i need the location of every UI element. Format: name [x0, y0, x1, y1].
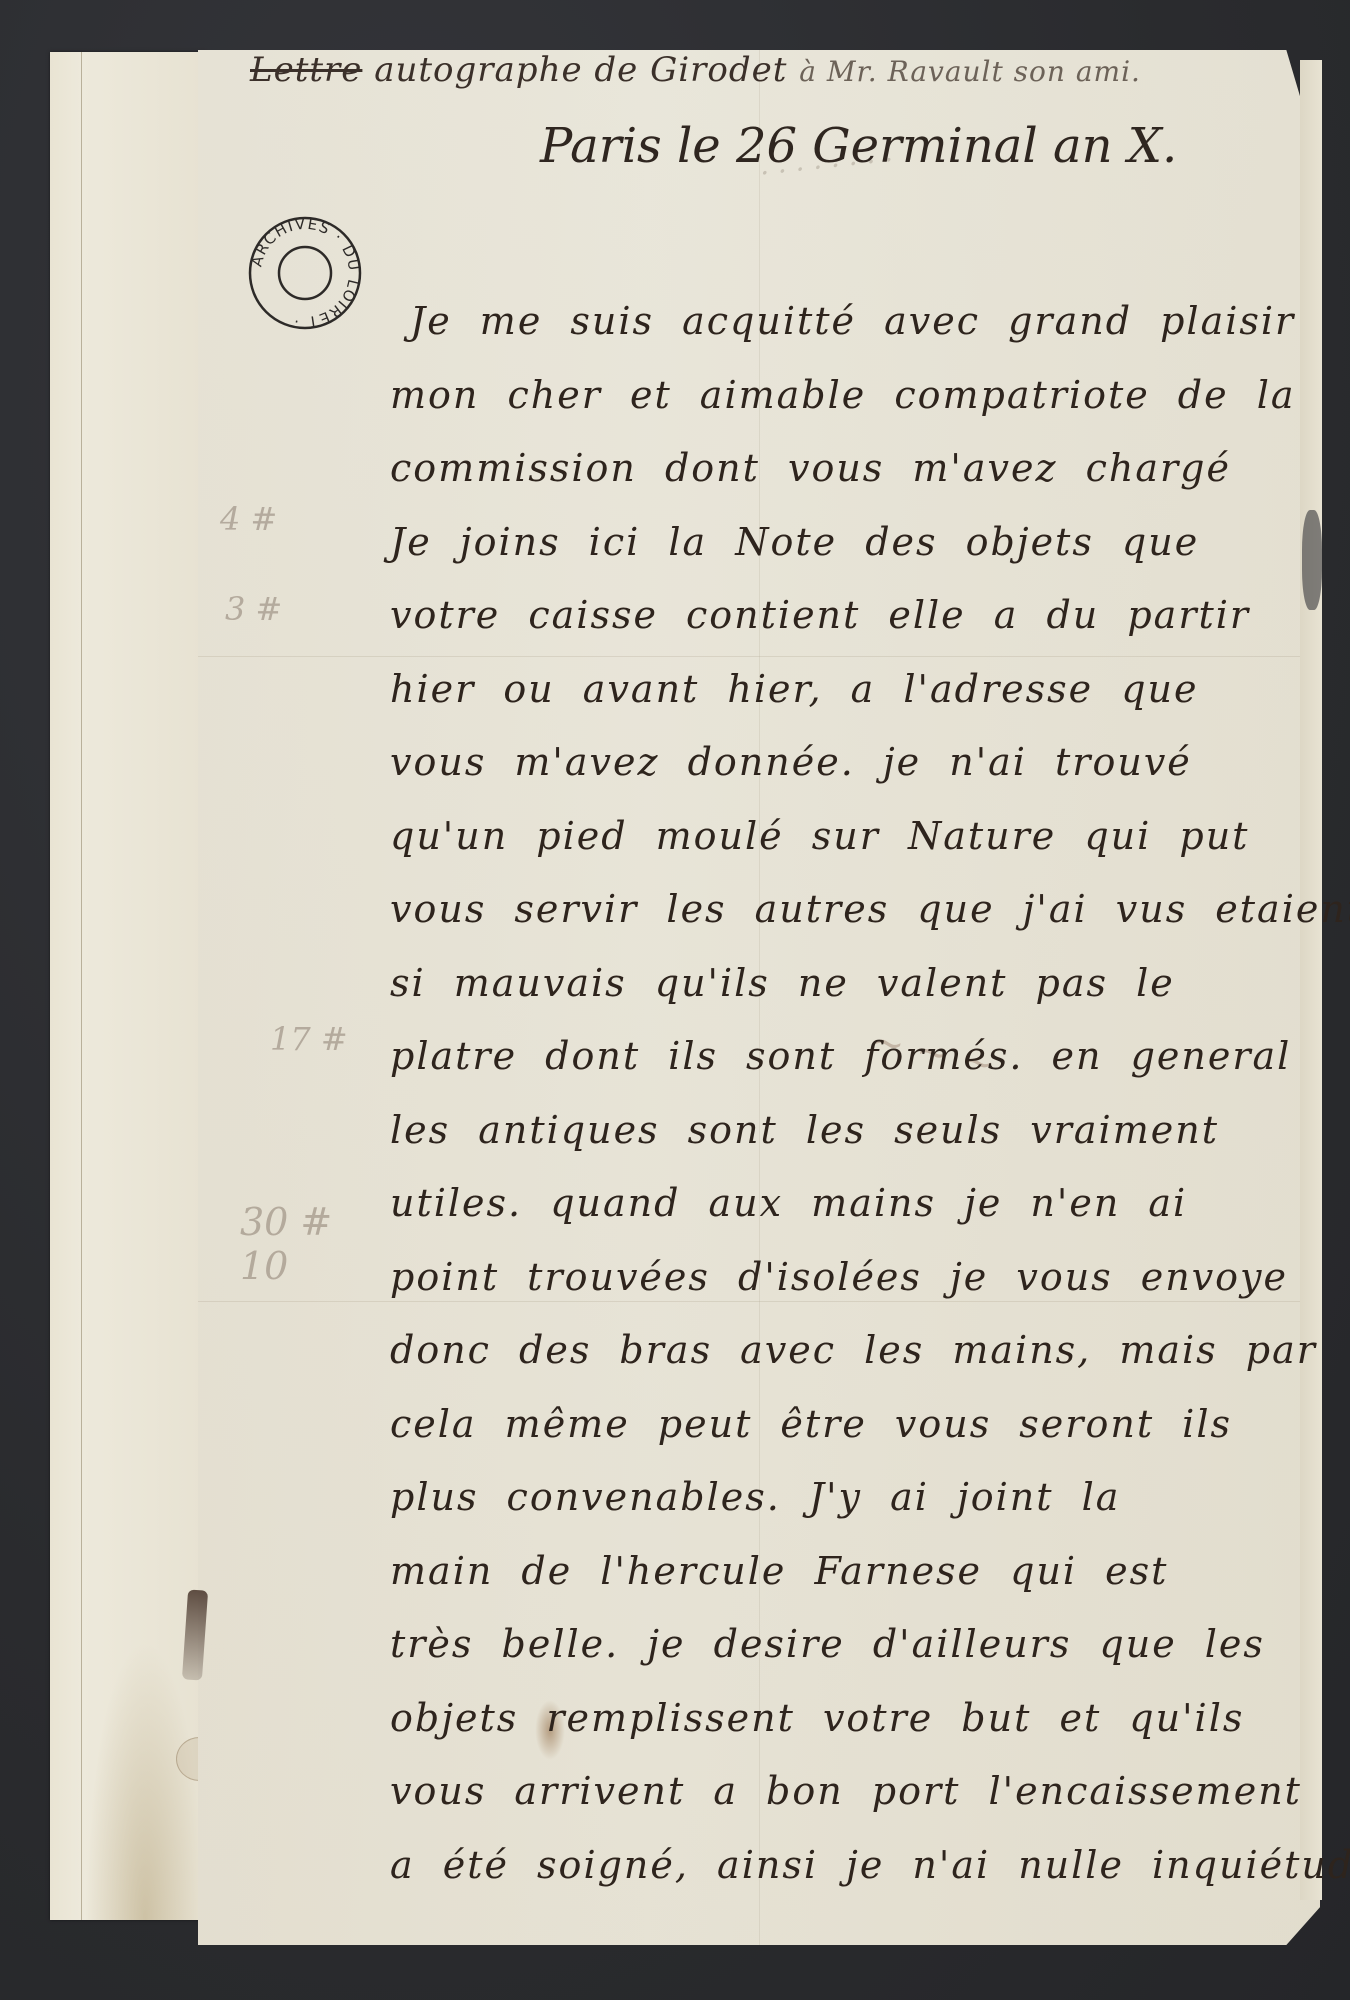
text-line: commission dont vous m'avez chargé [390, 432, 1310, 506]
stamp-icon: ARCHIVES · DU LOIRET · [245, 213, 365, 333]
fold-line [81, 52, 82, 1920]
text-line: mon cher et aimable compatriote de la [390, 359, 1310, 433]
struck-word: Lettre [250, 50, 362, 90]
text-line: vous servir les autres que j'ai vus etai… [390, 873, 1310, 947]
header-recipient: à Mr. Ravault son ami. [799, 55, 1141, 88]
svg-text:ARCHIVES · DU LOIRET ·: ARCHIVES · DU LOIRET · [247, 215, 363, 331]
bleed-mark: 4 # [220, 500, 277, 538]
archive-stamp: ARCHIVES · DU LOIRET · [245, 213, 365, 333]
text-line: cela même peut être vous seront ils [390, 1388, 1310, 1462]
text-line: objets remplissent votre but et qu'ils [390, 1682, 1310, 1756]
bleed-mark: 30 # 10 [240, 1200, 380, 1288]
header-annotation: Lettre autographe de Girodet à Mr. Ravau… [250, 50, 1230, 110]
bleed-mark: 17 # [270, 1020, 348, 1058]
header-word: autographe [374, 50, 582, 90]
text-line: plus convenables. J'y ai joint la [390, 1461, 1310, 1535]
bleed-mark: 3 # [225, 590, 282, 628]
text-line: votre caisse contient elle a du partir [390, 579, 1310, 653]
text-line: Je joins ici la Note des objets que [390, 506, 1310, 580]
text-line: platre dont ils sont formés. en general [390, 1020, 1310, 1094]
text-line: les antiques sont les seuls vraiment [390, 1094, 1310, 1168]
text-line: main de l'hercule Farnese qui est [390, 1535, 1310, 1609]
text-line: qu'un pied moulé sur Nature qui put [390, 800, 1310, 874]
text-line: si mauvais qu'ils ne valent pas le [390, 947, 1310, 1021]
text-line: donc des bras avec les mains, mais par [390, 1314, 1310, 1388]
text-line: vous arrivent a bon port l'encaissement [390, 1755, 1310, 1829]
text-line: hier ou avant hier, a l'adresse que [390, 653, 1310, 727]
letter-body: Je me suis acquitté avec grand plaisir m… [390, 285, 1310, 1902]
text-line: a été soigné, ainsi je n'ai nulle inquié… [390, 1829, 1310, 1903]
text-line: vous m'avez donnée. je n'ai trouvé [390, 726, 1310, 800]
text-line: point trouvées d'isolées je vous envoye [390, 1241, 1310, 1315]
text-line: très belle. je desire d'ailleurs que les [390, 1608, 1310, 1682]
text-line: Je me suis acquitté avec grand plaisir [390, 285, 1310, 359]
folded-back-leaf [50, 52, 205, 1920]
water-stain [85, 1640, 205, 1920]
header-author: de Girodet [594, 50, 787, 90]
text-line: utiles. quand aux mains je n'en ai [390, 1167, 1310, 1241]
